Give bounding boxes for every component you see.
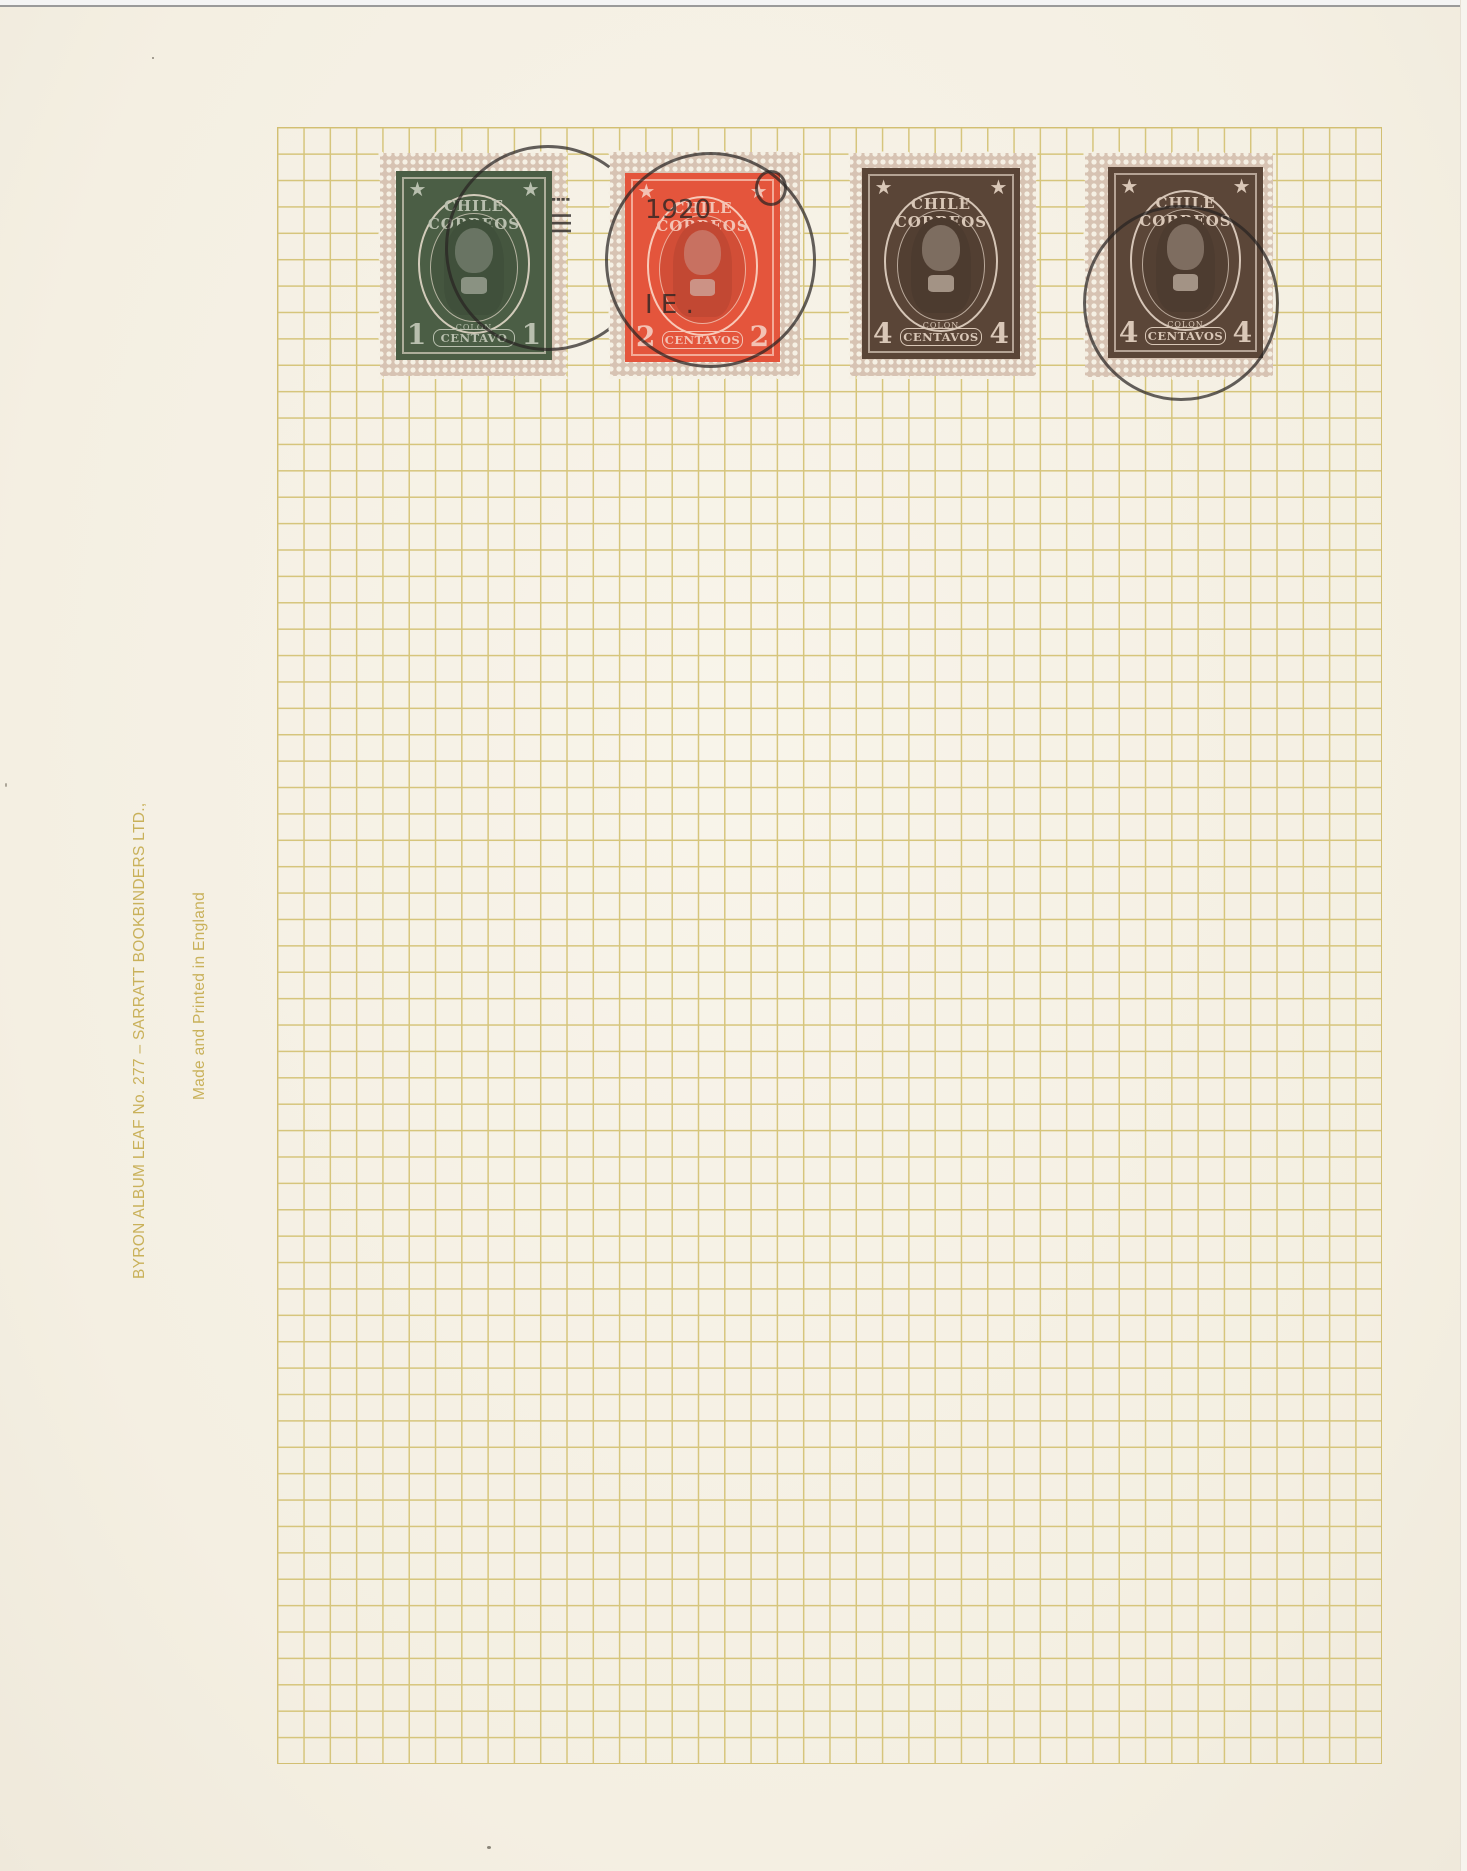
paper-speck (5, 783, 7, 787)
stamp-value-left: 1 (407, 321, 426, 349)
stamp-brown-4[interactable]: ★ ★ CHILE CORREOS COLON 4 4 CENTAVOS (850, 153, 1036, 376)
stamp-red-2[interactable]: ★ ★ CHILE CORREOS 2 2 CENTAVOS (610, 152, 800, 376)
stamp-denomination: CENTAVOS (1145, 327, 1226, 345)
imprint-publisher: BYRON ALBUM LEAF No. 277 – SARRATT BOOKB… (131, 803, 149, 1279)
stamp-value-right: 4 (1233, 319, 1252, 347)
portrait-head (455, 228, 493, 273)
stamp-value-right: 4 (989, 320, 1008, 348)
stamp-value-left: 2 (636, 323, 655, 351)
stamp-green-1[interactable]: ★ ★ CHILE CORREOS COLON 1 1 CENTAVO (380, 153, 566, 376)
paper-speck (487, 1846, 491, 1849)
page-top-edge (0, 5, 1467, 7)
stamp-design: ★ ★ CHILE CORREOS 2 2 CENTAVOS (625, 173, 780, 362)
portrait-collar (690, 279, 716, 296)
stamp-design: ★ ★ CHILE CORREOS COLON 1 1 CENTAVO (396, 171, 552, 360)
paper-speck (152, 57, 154, 59)
stamp-denomination: CENTAVO (433, 329, 514, 347)
stamp-design: ★ ★ CHILE CORREOS COLON 4 4 CENTAVOS (862, 168, 1020, 359)
stamp-denomination: CENTAVOS (900, 328, 982, 346)
imprint-origin: Made and Printed in England (191, 892, 209, 1100)
stamp-denomination: CENTAVOS (662, 331, 743, 349)
page-right-edge (1460, 0, 1467, 1871)
stamp-value-left: 4 (873, 320, 892, 348)
portrait-collar (928, 275, 954, 292)
stamp-brown-4[interactable]: ★ ★ CHILE CORREOS COLON 4 4 CENTAVOS (1085, 153, 1273, 377)
portrait-figure (911, 218, 971, 314)
portrait-figure (1156, 217, 1215, 313)
portrait-collar (1173, 274, 1199, 291)
stamp-value-right: 2 (750, 323, 769, 351)
portrait-head (922, 225, 960, 271)
stamp-value-left: 4 (1119, 319, 1138, 347)
portrait-head (1167, 224, 1205, 270)
stamp-design: ★ ★ CHILE CORREOS COLON 4 4 CENTAVOS (1108, 167, 1263, 358)
portrait-figure (444, 220, 503, 315)
stamp-value-right: 1 (522, 321, 541, 349)
portrait-figure (673, 222, 732, 317)
portrait-collar (461, 277, 487, 294)
portrait-head (684, 230, 722, 275)
